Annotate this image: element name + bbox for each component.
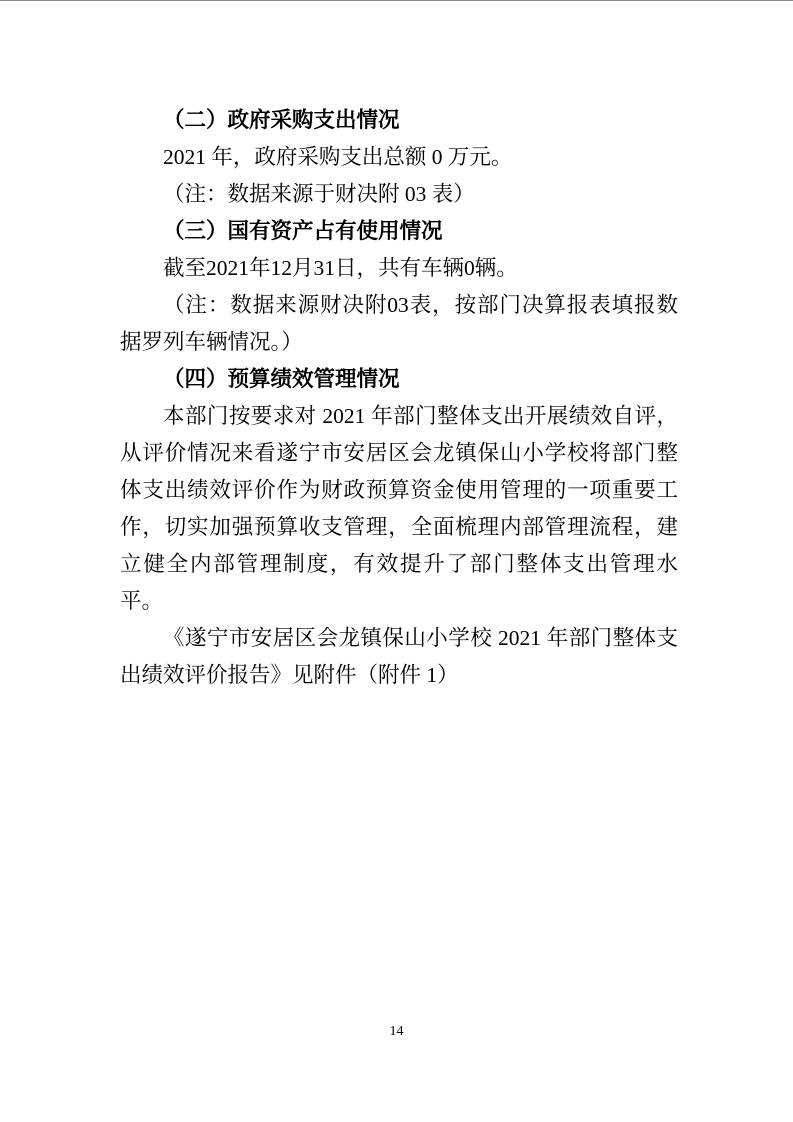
paragraph-procurement-note: （注：数据来源于财决附 03 表） <box>120 176 678 213</box>
paragraph-procurement-total: 2021 年，政府采购支出总额 0 万元。 <box>120 139 678 176</box>
page-number: 14 <box>0 1023 793 1041</box>
section-heading-government-procurement: （二）政府采购支出情况 <box>120 102 678 139</box>
paragraph-vehicles: 截至2021年12月31日，共有车辆0辆。 <box>120 250 678 287</box>
document-body: （二）政府采购支出情况 2021 年，政府采购支出总额 0 万元。 （注：数据来… <box>120 102 678 694</box>
section-heading-state-assets: （三）国有资产占有使用情况 <box>120 213 678 250</box>
document-page: （二）政府采购支出情况 2021 年，政府采购支出总额 0 万元。 （注：数据来… <box>0 0 793 1122</box>
page-top-edge-line <box>0 0 793 1</box>
paragraph-attachment-reference: 《遂宁市安居区会龙镇保山小学校 2021 年部门整体支出绩效评价报告》见附件（附… <box>120 620 678 694</box>
paragraph-vehicles-note: （注：数据来源财决附03表，按部门决算报表填报数据罗列车辆情况。） <box>120 287 678 361</box>
section-heading-budget-performance: （四）预算绩效管理情况 <box>120 361 678 398</box>
paragraph-performance-self-evaluation: 本部门按要求对 2021 年部门整体支出开展绩效自评，从评价情况来看遂宁市安居区… <box>120 398 678 620</box>
